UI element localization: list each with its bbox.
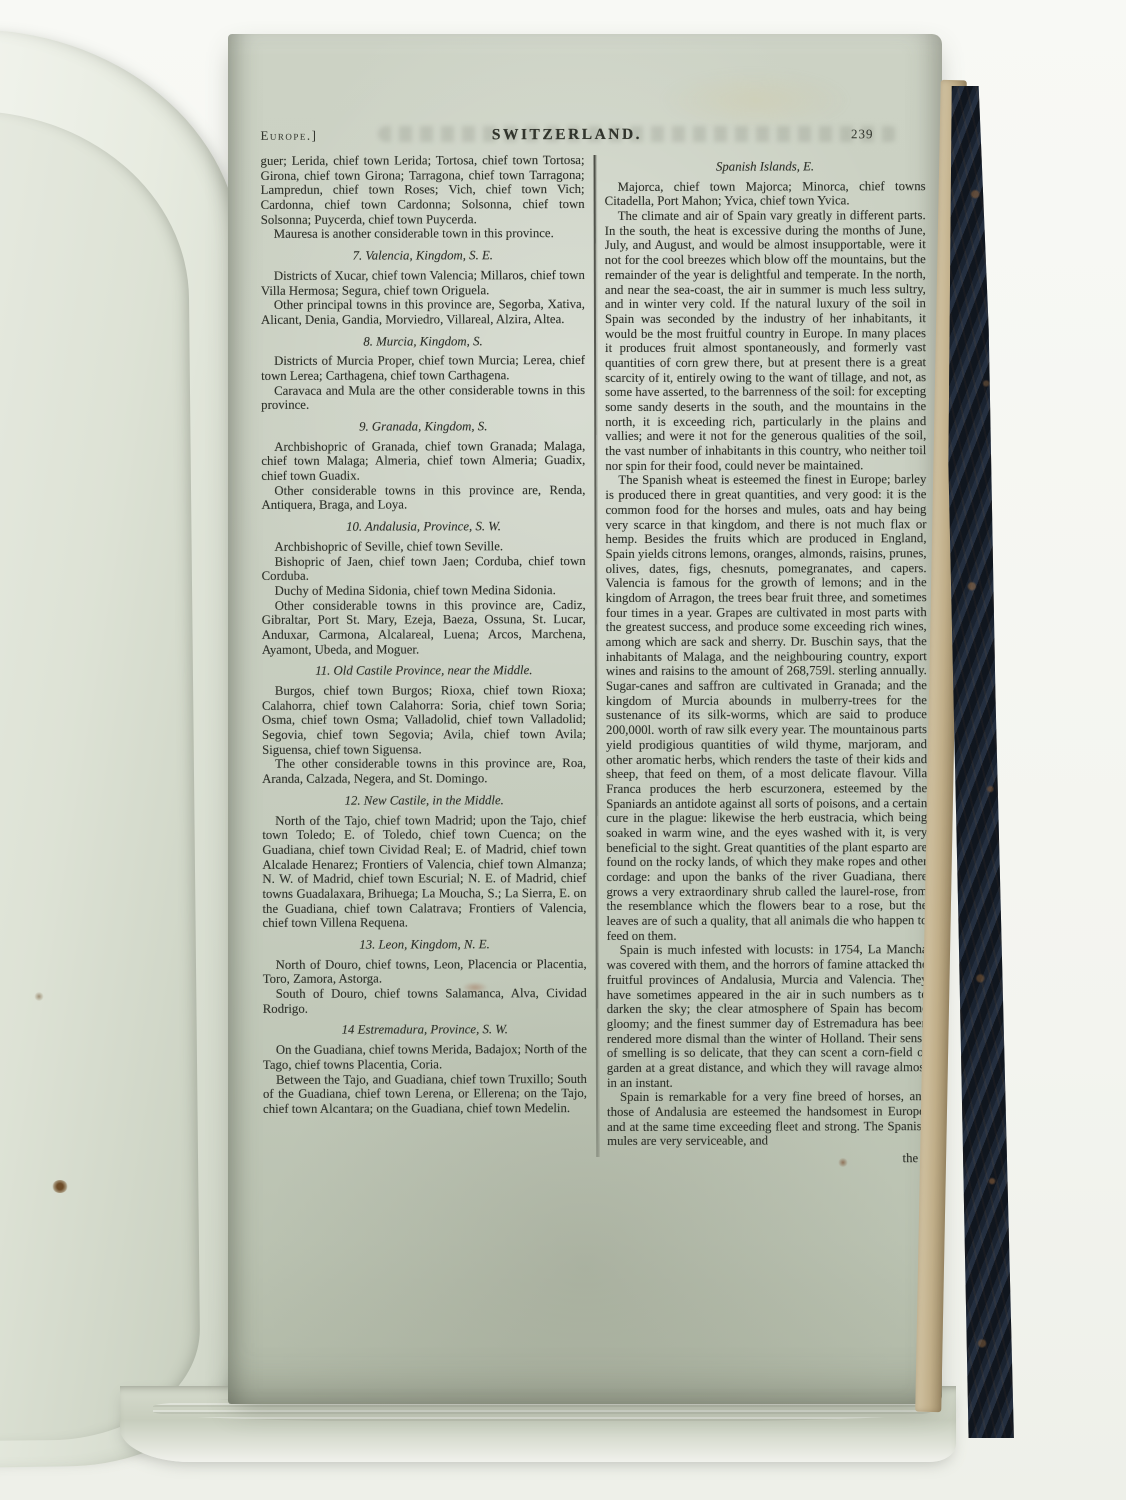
catchword: the bbox=[607, 1151, 928, 1167]
section-heading: 13. Leon, Kingdom, N. E. bbox=[263, 937, 587, 953]
page-curl-inner bbox=[0, 109, 201, 1442]
paragraph: Between the Tajo, and Guadiana, chief to… bbox=[263, 1071, 587, 1116]
paragraph: Bishopric of Jaen, chief town Jaen; Cord… bbox=[262, 553, 586, 583]
running-head-title: SWITZERLAND. bbox=[492, 126, 642, 144]
paragraph: Burgos, chief town Burgos; Rioxa, chief … bbox=[262, 683, 586, 757]
paragraph: Caravaca and Mula are the other consider… bbox=[261, 383, 585, 413]
paragraph: Mauresa is another considerable town in … bbox=[261, 226, 585, 242]
paragraph: Archbishopric of Granada, chief town Gra… bbox=[261, 439, 585, 484]
running-head: Europe.] SWITZERLAND. 239 bbox=[260, 125, 925, 145]
section-heading: 14 Estremadura, Province, S. W. bbox=[263, 1022, 587, 1038]
left-column: guer; Lerida, chief town Lerida; Tortosa… bbox=[261, 153, 588, 1168]
paragraph: The Spanish wheat is esteemed the finest… bbox=[605, 473, 927, 944]
paragraph: Districts of Murcia Proper, chief town M… bbox=[261, 353, 585, 383]
column-divider bbox=[594, 155, 599, 1157]
text-columns: guer; Lerida, chief town Lerida; Tortosa… bbox=[261, 152, 929, 1167]
paragraph: Archbishopric of Seville, chief town Sev… bbox=[262, 539, 586, 555]
paragraph: Duchy of Medina Sidonia, chief town Medi… bbox=[262, 583, 586, 599]
section-heading: Spanish Islands, E. bbox=[605, 159, 926, 175]
paragraph: Spain is remarkable for a very fine bree… bbox=[607, 1089, 928, 1149]
page-content: Europe.] SWITZERLAND. 239 guer; Lerida, … bbox=[226, 33, 944, 1405]
section-heading: 12. New Castile, in the Middle. bbox=[262, 793, 586, 809]
page-number: 239 bbox=[642, 126, 873, 143]
paragraph: Majorca, chief town Majorca; Minorca, ch… bbox=[605, 179, 926, 209]
right-column: Spanish Islands, E.Majorca, chief town M… bbox=[605, 152, 929, 1167]
section-heading: 9. Granada, Kingdom, S. bbox=[261, 419, 585, 435]
running-head-section: Europe.] bbox=[260, 127, 491, 144]
paragraph: South of Douro, chief towns Salamanca, A… bbox=[263, 986, 587, 1016]
paragraph: Other considerable towns in this provinc… bbox=[261, 483, 585, 513]
section-heading: 11. Old Castile Province, near the Middl… bbox=[262, 663, 586, 679]
paragraph: Spain is much infested with locusts: in … bbox=[607, 943, 928, 1091]
paragraph: Other principal towns in this province a… bbox=[261, 297, 585, 327]
section-heading: 8. Murcia, Kingdom, S. bbox=[261, 334, 585, 350]
section-heading: 7. Valencia, Kingdom, S. E. bbox=[261, 248, 585, 264]
photo-background: Europe.] SWITZERLAND. 239 guer; Lerida, … bbox=[0, 0, 1126, 1500]
paragraph: The climate and air of Spain vary greatl… bbox=[605, 208, 927, 473]
paragraph: Other considerable towns in this provinc… bbox=[262, 598, 586, 658]
paragraph: Districts of Xucar, chief town Valencia;… bbox=[261, 268, 585, 298]
paragraph: The other considerable towns in this pro… bbox=[262, 756, 586, 786]
section-heading: 10. Andalusia, Province, S. W. bbox=[261, 519, 585, 535]
paragraph: North of Douro, chief towns, Leon, Place… bbox=[263, 957, 587, 987]
paragraph: On the Guadiana, chief towns Merida, Bad… bbox=[263, 1042, 587, 1072]
book-page: Europe.] SWITZERLAND. 239 guer; Lerida, … bbox=[228, 34, 942, 1404]
paragraph: guer; Lerida, chief town Lerida; Tortosa… bbox=[261, 153, 585, 227]
paragraph: North of the Tajo, chief town Madrid; up… bbox=[262, 812, 586, 930]
